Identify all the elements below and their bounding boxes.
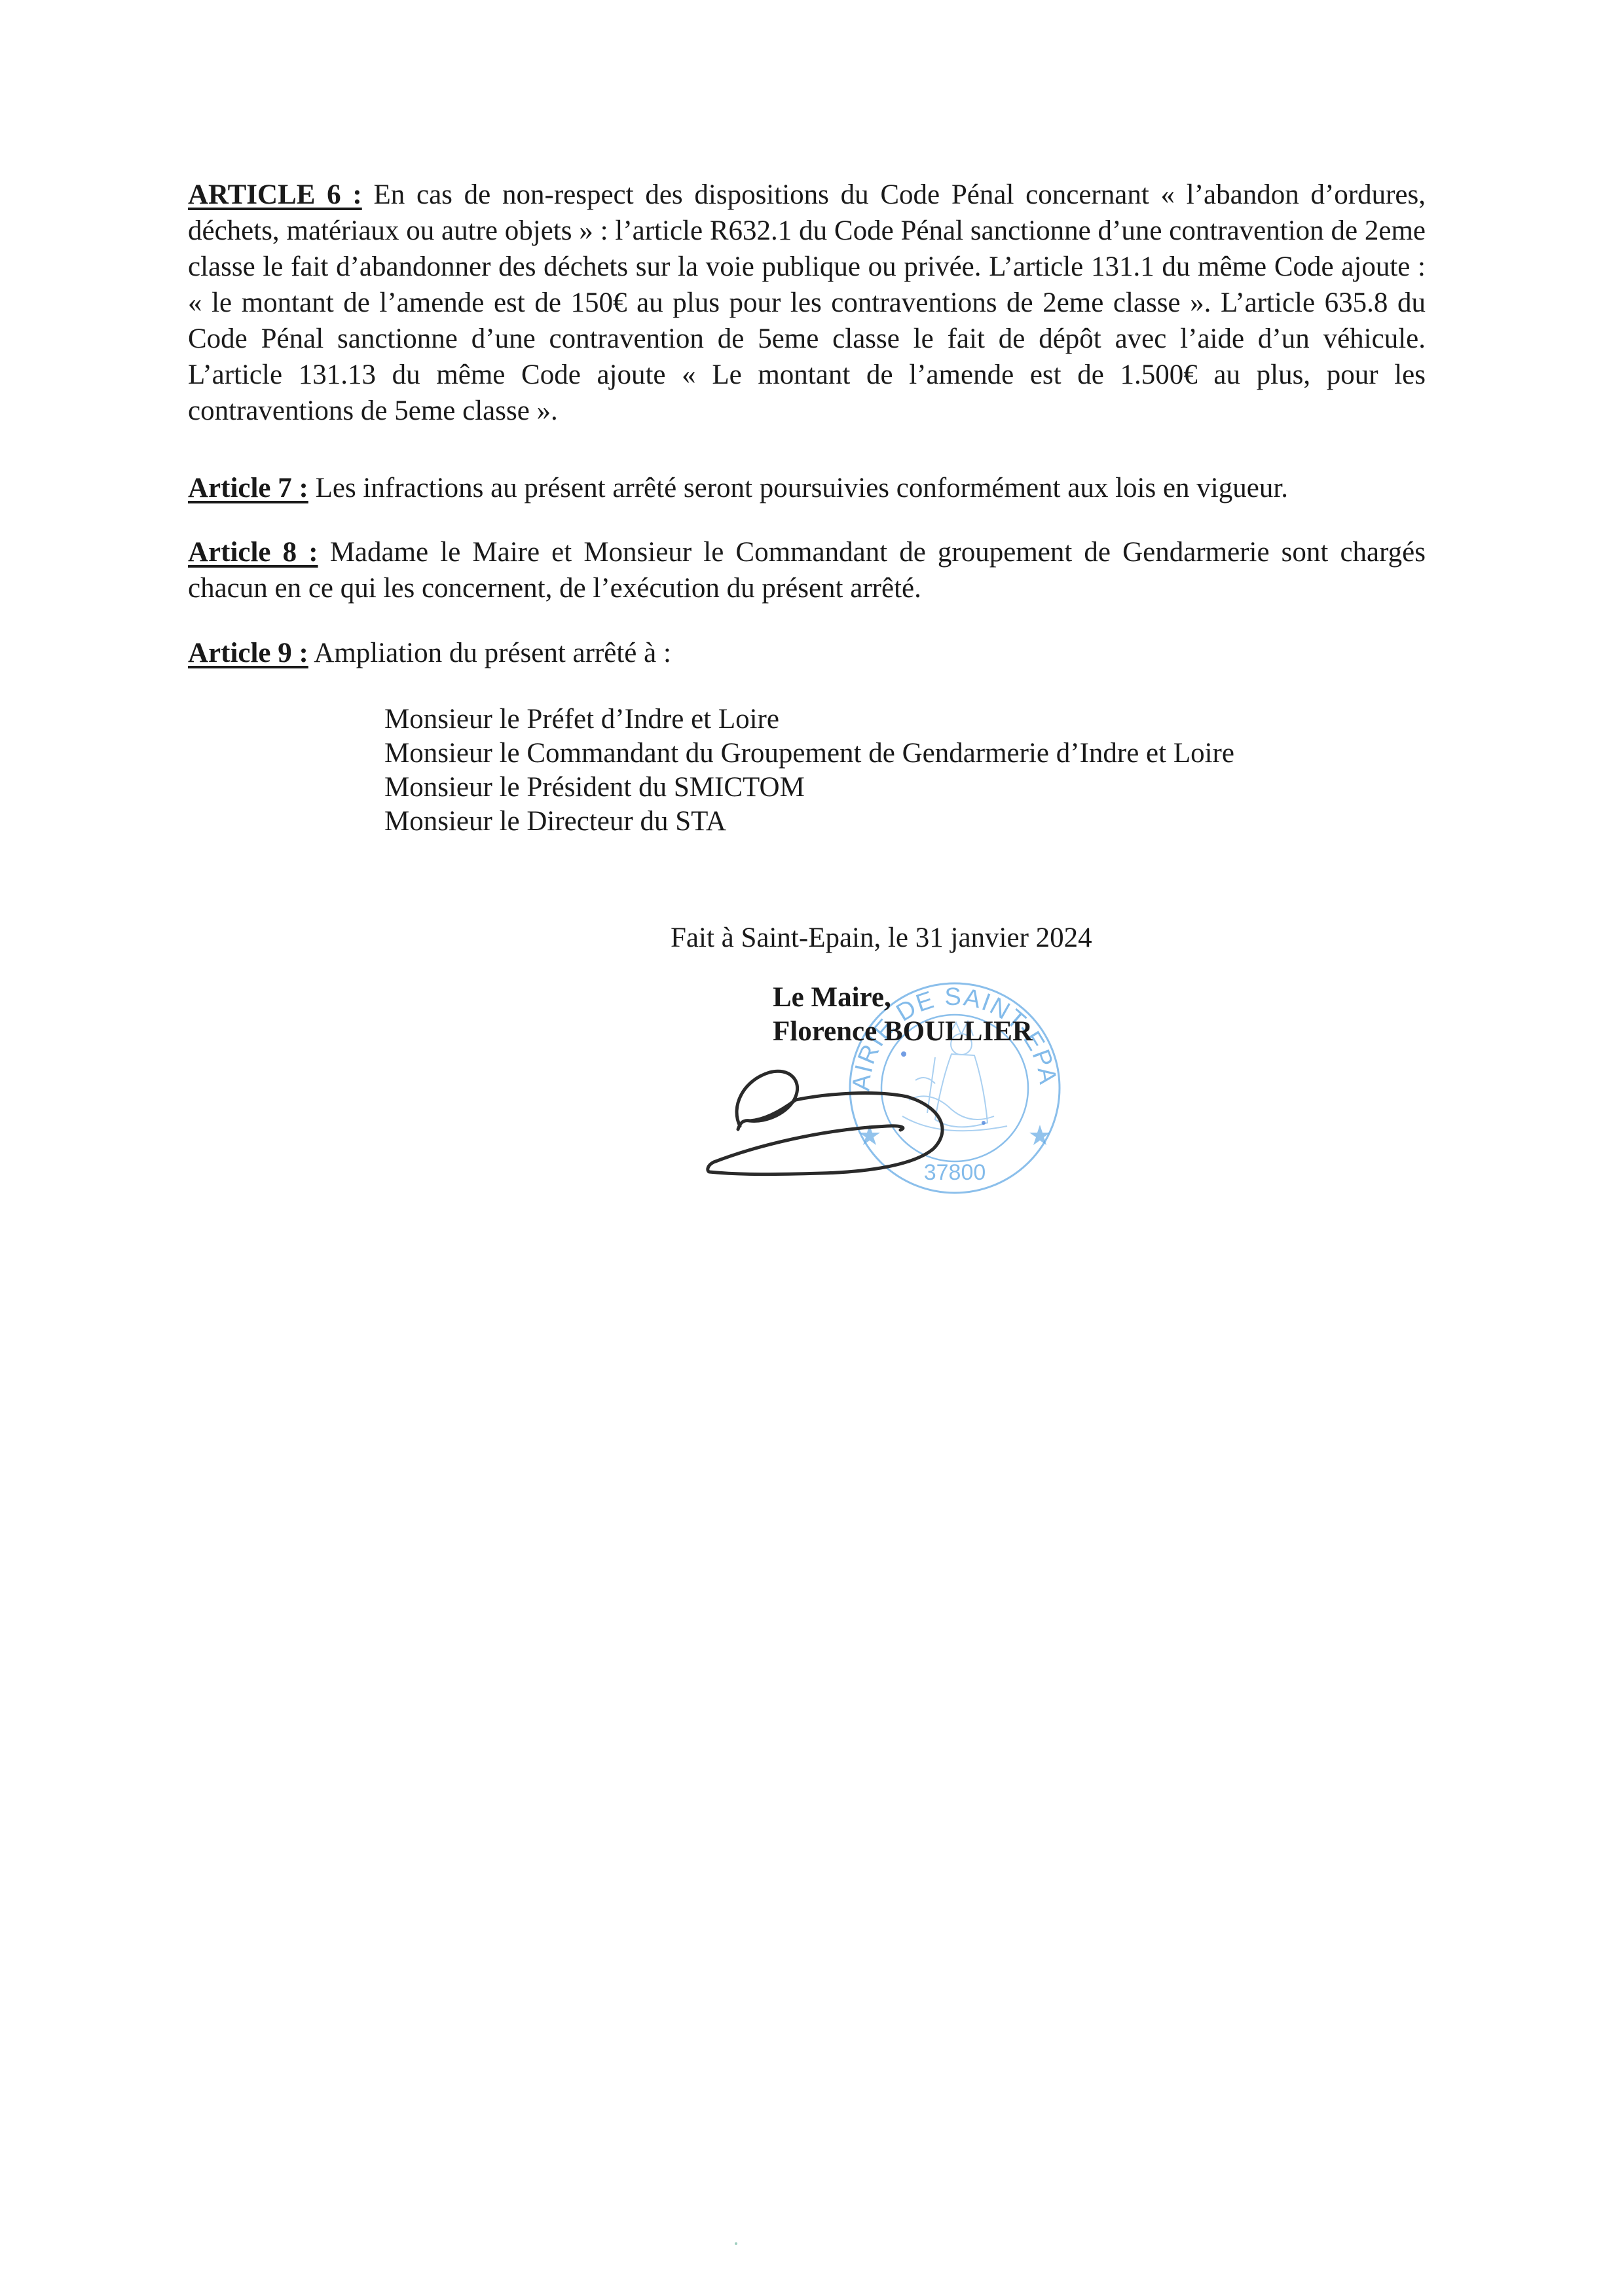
article-8: Article 8 : Madame le Maire et Monsieur … [188,534,1426,606]
article-7: Article 7 : Les infractions au présent a… [188,470,1426,506]
signatory-block: Le Maire, Florence BOULLIER [773,981,1033,1049]
recipient-item: Monsieur le Préfet d’Indre et Loire [384,702,1234,737]
recipient-item: Monsieur le Directeur du STA [384,805,1234,839]
article-6-label: ARTICLE 6 : [188,179,362,210]
signatory-name: Florence BOULLIER [773,1015,1033,1049]
article-8-text: Madame le Maire et Monsieur le Commandan… [188,537,1426,604]
recipients-list: Monsieur le Préfet d’Indre et Loire Mons… [384,702,1234,839]
article-6: ARTICLE 6 : En cas de non-respect des di… [188,177,1426,429]
recipient-item: Monsieur le Commandant du Groupement de … [384,737,1234,771]
article-7-label: Article 7 : [188,473,308,503]
handwritten-signature-icon [704,1067,1005,1178]
signatory-title: Le Maire, [773,981,1033,1015]
recipient-item: Monsieur le Président du SMICTOM [384,771,1234,805]
article-9-text: Ampliation du présent arrêté à : [308,638,671,668]
article-9-label: Article 9 : [188,638,308,668]
place-date: Fait à Saint-Epain, le 31 janvier 2024 [671,920,1092,956]
scan-artifact [735,2242,737,2245]
article-8-label: Article 8 : [188,537,318,568]
article-7-text: Les infractions au présent arrêté seront… [308,473,1288,503]
article-6-text: En cas de non-respect des dispositions d… [188,179,1426,426]
article-9: Article 9 : Ampliation du présent arrêté… [188,635,1426,671]
